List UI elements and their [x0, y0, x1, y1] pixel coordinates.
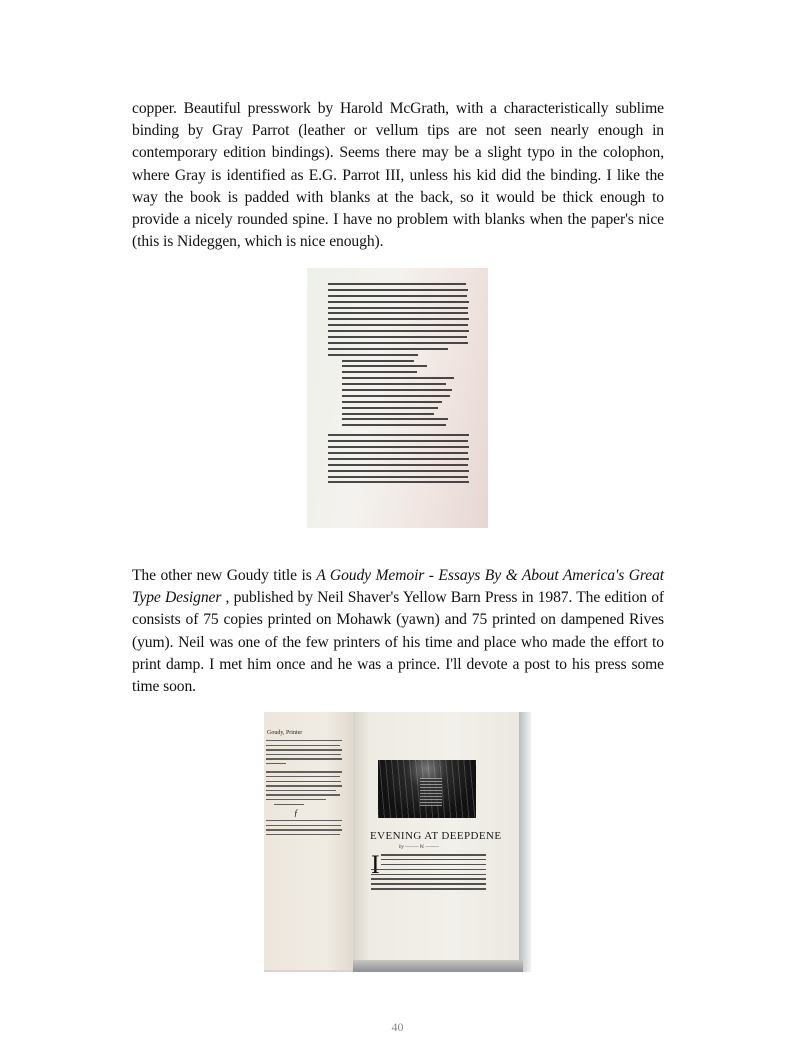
book-bottom-edge — [353, 960, 523, 972]
woodcut-illustration — [378, 760, 476, 818]
body-paragraph-1: copper. Beautiful presswork by Harold Mc… — [132, 98, 664, 253]
paragraph-text: The other new Goudy title is — [132, 567, 316, 584]
left-page-text: ƒ — [266, 740, 342, 838]
open-book-photo: Goudy, Printer ƒ EVENING AT DEEPDENE by … — [264, 712, 531, 972]
right-page-text — [371, 854, 486, 893]
paragraph-text: copper. Beautiful presswork by Harold Mc… — [132, 100, 664, 250]
woodcut-house — [420, 778, 442, 806]
colophon-text-block — [328, 283, 470, 487]
page-number: 40 — [0, 1020, 795, 1035]
left-page-title: Goudy, Printer — [267, 730, 302, 736]
book-cover-edge — [519, 712, 531, 972]
chapter-byline: by ——— W. ——— — [399, 845, 439, 850]
colophon-photo — [307, 268, 488, 528]
chapter-heading: EVENING AT DEEPDENE — [370, 830, 490, 842]
ornament: ƒ — [266, 808, 326, 818]
body-paragraph-2: The other new Goudy title is A Goudy Mem… — [132, 565, 664, 698]
left-book-page: Goudy, Printer ƒ — [264, 712, 353, 970]
